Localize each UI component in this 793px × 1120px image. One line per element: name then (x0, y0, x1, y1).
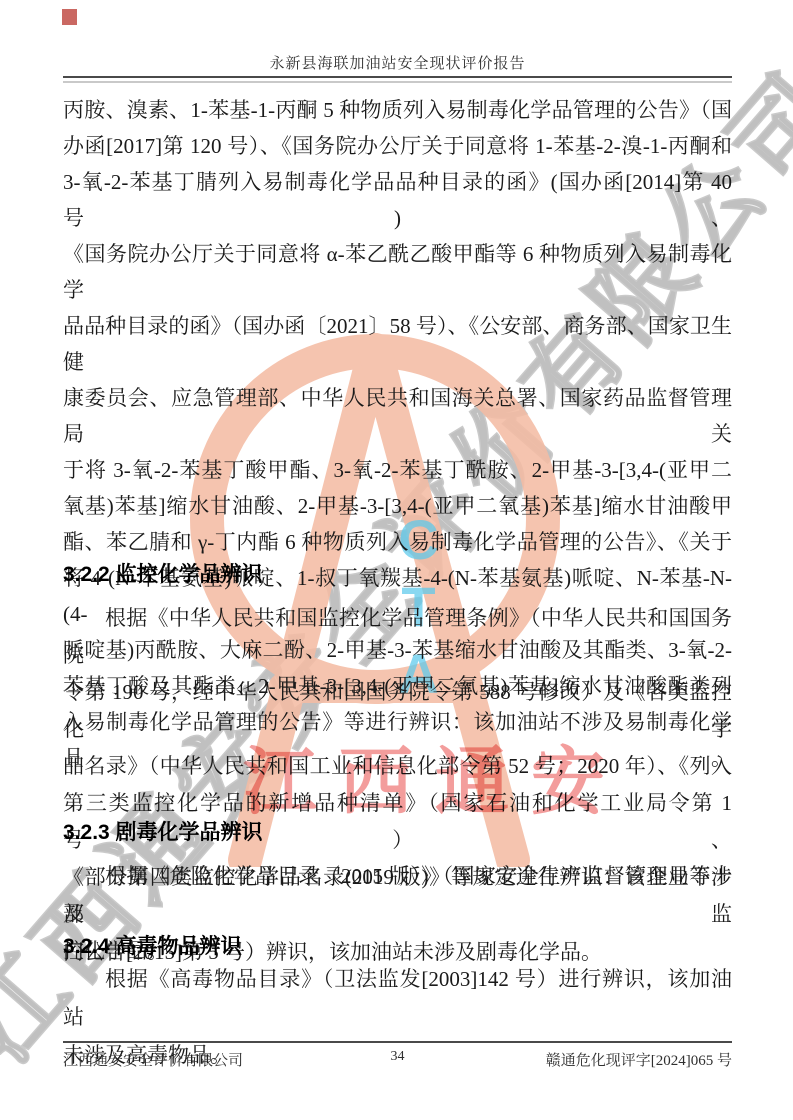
body-line: 根据《危险化学品目录（2015 版）》（国家安全生产监督管理局等十部 (63, 857, 732, 933)
body-line: 根据《中华人民共和国监控化学品管理条例》（中华人民共和国国务院 (63, 600, 732, 674)
body-line: 丙胺、溴素、1-苯基-1-丙酮 5 种物质列入易制毒化学品管理的公告》（国 (63, 92, 732, 128)
page-header-title: 永新县海联加油站安全现状评价报告 (63, 52, 732, 73)
body-line: 品品种目录的函》（国办函〔2021〕58 号）、《公安部、商务部、国家卫生健 (63, 308, 732, 380)
body-line: 令第 190 号，经中华人民共和国国务院令第 588 号修改）及《各类监控化学 (63, 674, 732, 748)
body-line: 氧基)苯基]缩水甘油酸、2-甲基-3-[3,4-(亚甲二氧基)苯基]缩水甘油酸甲 (63, 488, 732, 524)
body-line: 3-氧-2-苯基丁腈列入易制毒化学品品种目录的函》(国办函[2014]第 40 … (63, 164, 732, 236)
section-heading-3-2-4: 3.2.4 高毒物品辨识 (63, 933, 732, 961)
header-rule-shadow (63, 81, 732, 83)
header-rule (63, 76, 732, 78)
section-heading-3-2-3: 3.2.3 剧毒化学品辨识 (63, 819, 732, 847)
page-content: 永新县海联加油站安全现状评价报告 丙胺、溴素、1-苯基-1-丙酮 5 种物质列入… (0, 0, 793, 1120)
footer-doc-number: 赣通危化现评字[2024]065 号 (546, 1049, 732, 1070)
body-line: 品名录》（中华人民共和国工业和信息化部令第 52 号；2020 年）、《列入 (63, 748, 732, 785)
body-line: 于将 3-氧-2-苯基丁酸甲酯、3-氧-2-苯基丁酰胺、2-甲基-3-[3,4-… (63, 452, 732, 488)
document-page: 江西通安安全评价有限公司 CTA 江西通安 永新县海联加油站安全现状评价报告 丙… (0, 0, 793, 1120)
body-line: 酯、苯乙腈和 γ-丁内酯 6 种物质列入易制毒化学品管理的公告》、《关于 (63, 524, 732, 560)
footer-rule (63, 1041, 732, 1043)
section-heading-3-2-2: 3.2.2 监控化学品辨识 (63, 561, 732, 589)
page-footer: 34 江西通安安全评价有限公司 赣通危化现评字[2024]065 号 (63, 1049, 732, 1070)
footer-company: 江西通安安全评价有限公司 (63, 1049, 243, 1070)
body-line: 康委员会、应急管理部、中华人民共和国海关总署、国家药品监督管理局关 (63, 380, 732, 452)
body-line: 办函[2017]第 120 号）、《国务院办公厅关于同意将 1-苯基-2-溴-1… (63, 128, 732, 164)
body-line: 根据《高毒物品目录》（卫法监发[2003]142 号）进行辨识，该加油站 (63, 960, 732, 1036)
body-line: 《国务院办公厅关于同意将 α-苯乙酰乙酸甲酯等 6 种物质列入易制毒化学 (63, 236, 732, 308)
